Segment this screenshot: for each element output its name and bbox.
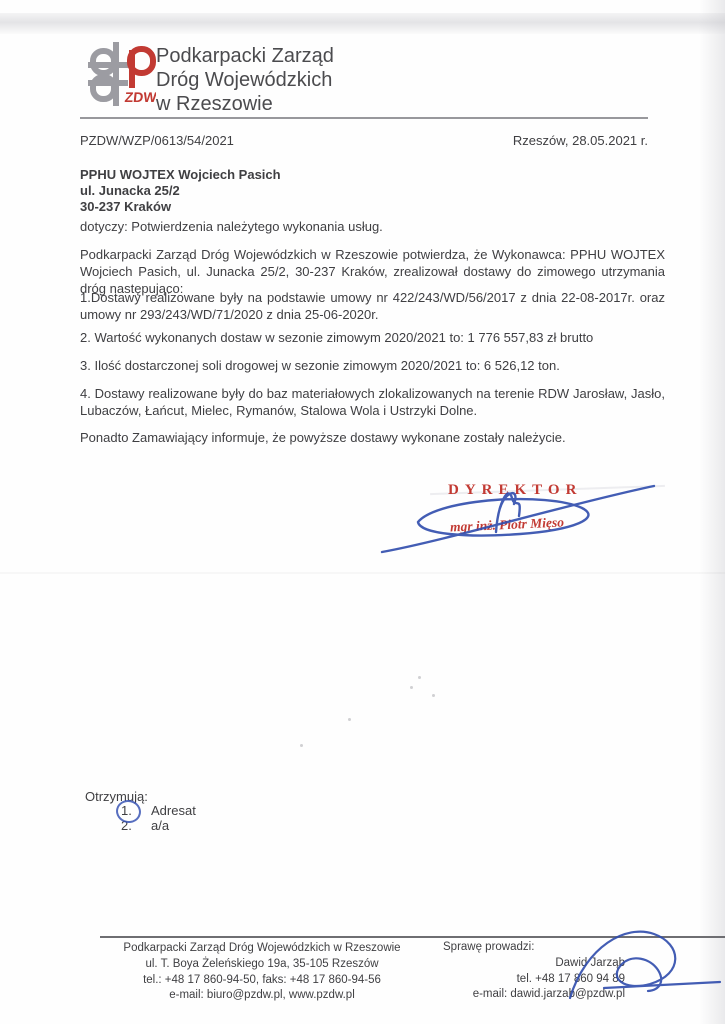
header-divider	[80, 117, 648, 119]
distribution-item: 2.a/a	[85, 819, 196, 834]
pzdw-logo-icon: ZDW	[88, 38, 156, 115]
distribution-label: Otrzymują:	[85, 789, 148, 804]
organization-name-line: w Rzeszowie	[156, 92, 334, 116]
body-paragraph: 4. Dostawy realizowane były do baz mater…	[80, 385, 665, 419]
distribution-item-label: a/a	[151, 818, 169, 833]
scan-speck	[348, 718, 351, 721]
logo-text: ZDW	[124, 89, 156, 105]
organization-name-line: Podkarpacki Zarząd	[156, 44, 334, 68]
footer-org-name: Podkarpacki Zarząd Dróg Wojewódzkich w R…	[112, 941, 412, 957]
addressee-block: PPHU WOJTEX Wojciech Pasich ul. Junacka …	[80, 167, 281, 215]
paper-crease	[0, 572, 725, 574]
distribution-item-label: Adresat	[151, 803, 196, 818]
document-page: ZDW Podkarpacki Zarząd Dróg Wojewódzkich…	[0, 0, 725, 1024]
body-paragraph: Ponadto Zamawiający informuje, że powyżs…	[80, 429, 665, 446]
case-handler-handwritten-signature	[552, 918, 724, 1009]
place-and-date: Rzeszów, 28.05.2021 r.	[400, 133, 648, 148]
scan-speck	[418, 676, 421, 679]
director-handwritten-signature	[378, 468, 658, 565]
body-paragraph: 3. Ilość dostarczonej soli drogowej w se…	[80, 357, 665, 374]
scan-edge-shadow-top	[0, 13, 725, 34]
footer-phone-fax: tel.: +48 17 860-94-50, faks: +48 17 860…	[112, 973, 412, 989]
case-handler-label: Sprawę prowadzi:	[443, 941, 534, 953]
scan-edge-shadow-right	[699, 0, 725, 1024]
footer-email-web: e-mail: biuro@pzdw.pl, www.pzdw.pl	[112, 988, 412, 1004]
body-paragraph: 2. Wartość wykonanych dostaw w sezonie z…	[80, 329, 665, 346]
subject-line: dotyczy: Potwierdzenia należytego wykona…	[80, 218, 665, 235]
scan-speck	[432, 694, 435, 697]
reference-number: PZDW/WZP/0613/54/2021	[80, 133, 234, 148]
addressee-name: PPHU WOJTEX Wojciech Pasich	[80, 167, 281, 183]
addressee-street: ul. Junacka 25/2	[80, 183, 281, 199]
scan-speck	[410, 686, 413, 689]
body-paragraph: 1.Dostawy realizowane były na podstawie …	[80, 289, 665, 323]
organization-name: Podkarpacki Zarząd Dróg Wojewódzkich w R…	[156, 44, 334, 116]
scan-speck	[300, 744, 303, 747]
footer-address: ul. T. Boya Żeleńskiego 19a, 35-105 Rzes…	[112, 957, 412, 973]
addressee-city: 30-237 Kraków	[80, 199, 281, 215]
footer-contact-block: Podkarpacki Zarząd Dróg Wojewódzkich w R…	[112, 941, 412, 1004]
organization-name-line: Dróg Wojewódzkich	[156, 68, 334, 92]
